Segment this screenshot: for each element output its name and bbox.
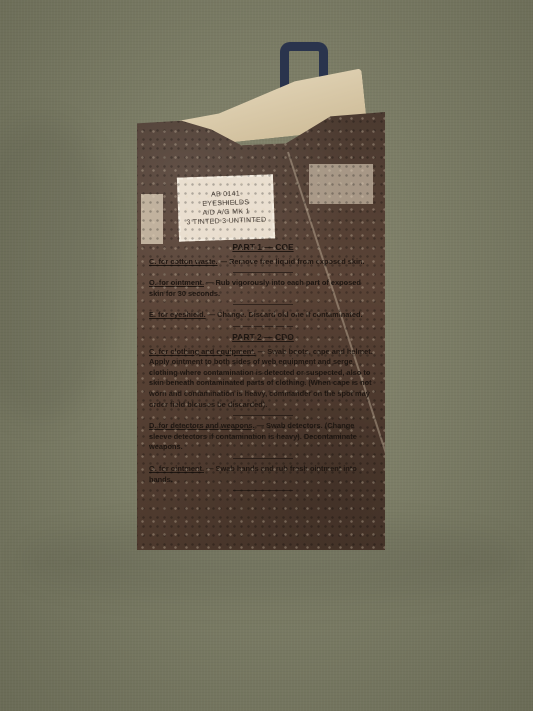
printed-instructions: PART 1 — COE C. for cotton waste. — Remo… [149,240,377,496]
entry-key: D. for detectors and weapons. [149,421,255,430]
part2-title: PART 2 — CDO [149,332,377,343]
entry-key: O. for ointment. [149,464,204,473]
instruction-entry: C. for clothing and equipment. — Swab bo… [149,347,377,417]
instruction-entry: O. for ointment. — Rub vigorously into e… [149,278,377,305]
divider [233,272,293,273]
divider [233,490,293,491]
instruction-entry: E. for eyeshield. — Change. Discard old … [149,310,377,327]
instruction-entry: D. for detectors and weapons. — Swab det… [149,421,377,459]
entry-key: O. for ointment. [149,278,204,287]
instruction-entry: C. for cotton waste. — Remove free liqui… [149,257,377,274]
entry-key: E. for eyeshield. [149,310,206,319]
tape-patch [141,194,163,244]
part1-title: PART 1 — COE [149,242,377,253]
tape-patch [309,164,373,204]
divider [233,326,293,327]
divider [233,458,293,459]
entry-key: C. for clothing and equipment. [149,347,256,356]
instruction-entry: O. for ointment. — Swab hands and rub fr… [149,464,377,491]
divider [233,415,293,416]
stock-label: AB 0141 EYESHIELDS A/D A/G MK 1 3 TINTED… [177,174,275,241]
label-contents: 3 TINTED 3 UNTINTED [186,216,266,228]
entry-key: C. for cotton waste. [149,257,218,266]
entry-text: — Change. Discard old one if contaminate… [206,310,363,319]
entry-text: — Remove free liquid from exposed skin. [218,257,365,266]
eyeshield-wallet: AB 0141 EYESHIELDS A/D A/G MK 1 3 TINTED… [137,112,385,550]
divider [233,304,293,305]
